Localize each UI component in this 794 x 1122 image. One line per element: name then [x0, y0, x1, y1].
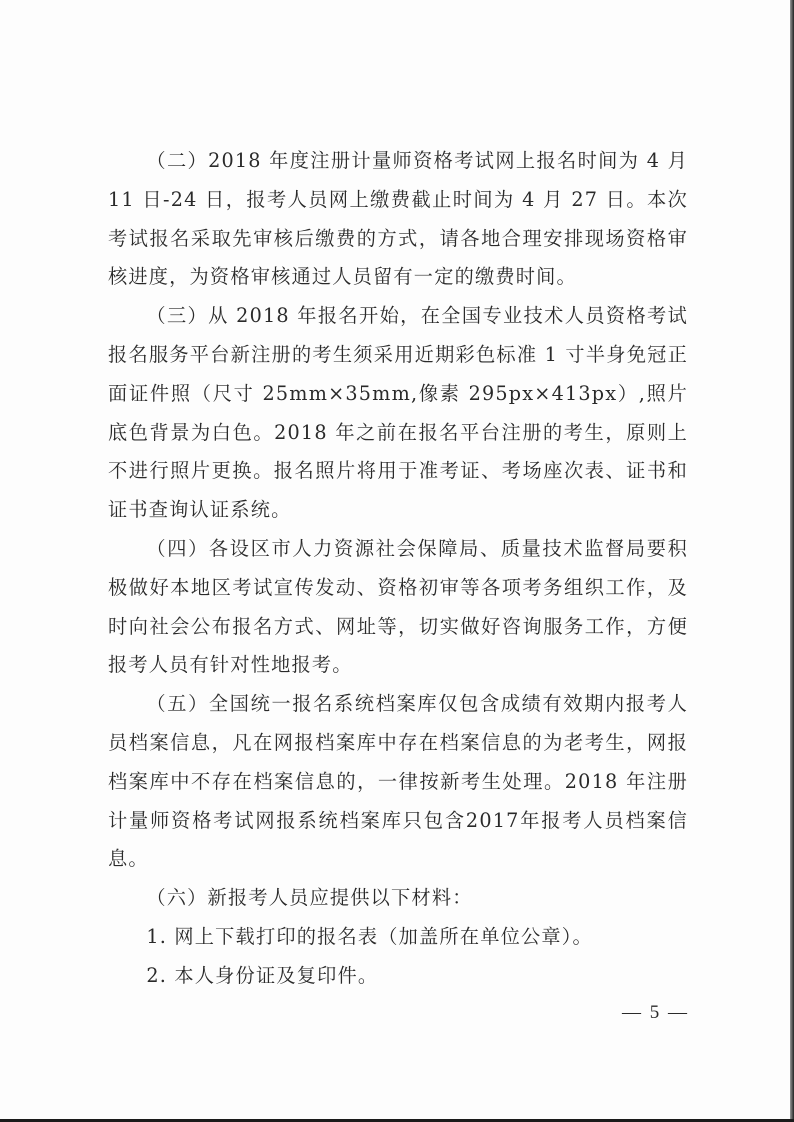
- list-item-id-card: 2. 本人身份证及复印件。: [108, 957, 688, 996]
- list-item-registration-form: 1. 网上下载打印的报名表（加盖所在单位公章）。: [108, 918, 688, 957]
- paragraph-local-bureau-duties: （四）各设区市人力资源社会保障局、质量技术监督局要积极做好本地区考试宣传发动、资…: [108, 530, 688, 685]
- paragraph-archive-database: （五）全国统一报名系统档案库仅包含成绩有效期内报考人员档案信息，凡在网报档案库中…: [108, 685, 688, 879]
- document-body: （二）2018 年度注册计量师资格考试网上报名时间为 4 月 11 日-24 日…: [108, 142, 688, 996]
- paragraph-new-applicant-materials: （六）新报考人员应提供以下材料：: [108, 879, 688, 918]
- page-number: — 5 —: [622, 1002, 689, 1024]
- paragraph-registration-time: （二）2018 年度注册计量师资格考试网上报名时间为 4 月 11 日-24 日…: [108, 142, 688, 297]
- document-page: （二）2018 年度注册计量师资格考试网上报名时间为 4 月 11 日-24 日…: [0, 0, 794, 1122]
- scan-edge-right: [790, 0, 794, 1122]
- paragraph-photo-requirements: （三）从 2018 年报名开始，在全国专业技术人员资格考试报名服务平台新注册的考…: [108, 297, 688, 530]
